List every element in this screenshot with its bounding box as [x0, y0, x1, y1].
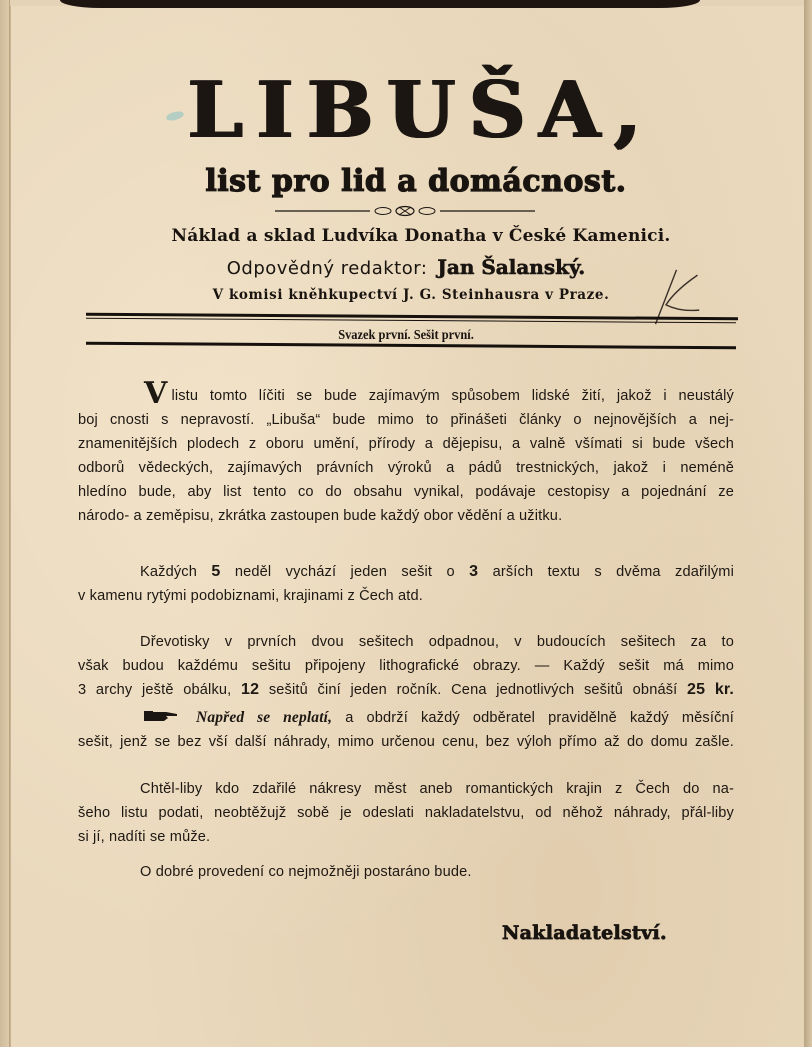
page-right-edge: [804, 0, 812, 1047]
paragraph-intro: Vlistu tomto líčiti se bude zajímavým sp…: [78, 384, 734, 528]
editor-label: Odpovědný redaktor:: [227, 258, 428, 279]
number-weeks: 5: [211, 563, 220, 580]
number-issues-per-year: 12: [241, 681, 259, 698]
text-line: odborů vědeckých, zajímavých právních vý…: [78, 456, 734, 480]
title-text: LIBUŠA,: [187, 65, 654, 156]
text-line: šeho listu podati, neobtěžujž sobě je od…: [78, 801, 734, 825]
text-line: sešit, jenž se bez vší další náhrady, mi…: [78, 730, 734, 754]
text-line: O dobré provedení co nejmožněji postarán…: [78, 860, 734, 884]
text-line: však budou každému sešitu připojeny lith…: [78, 654, 734, 678]
pointing-hand-icon: [144, 710, 178, 722]
volume-issue-line: Svazek první. Sešit první.: [32, 327, 779, 343]
text-line: Dřevotisky v prvních dvou sešitech odpad…: [78, 630, 734, 654]
page-top-shadow: [60, 0, 700, 8]
announcement-body: Vlistu tomto líčiti se bude zajímavým sp…: [78, 384, 734, 540]
publisher-signature: Nakladatelství.: [502, 922, 667, 944]
number-sheets: 3: [469, 563, 478, 580]
text-run: a obdrží každý odběratel pravidělně každ…: [345, 710, 734, 726]
text-run: Každých: [140, 564, 197, 580]
publisher-line: Náklad a sklad Ludvíka Donatha v České K…: [0, 226, 812, 246]
paragraph-payment: Napřed se neplatí, a obdrží každý odběra…: [78, 706, 734, 754]
italic-emphasis: Napřed se neplatí,: [196, 709, 332, 726]
dropcap: V: [144, 376, 167, 411]
text-line: hledíno bude, aby list tento co do obsah…: [78, 480, 734, 504]
text-line: boj cnosti s nepravostí. „Libuša“ bude m…: [78, 408, 734, 432]
text-run: 3 archy ještě obálku,: [78, 682, 231, 698]
text-line: v kamenu rytými podobiznami, krajinami z…: [78, 584, 734, 608]
paragraph-closing: O dobré provedení co nejmožněji postarán…: [78, 860, 734, 884]
text-line: Chtěl-liby kdo zdařilé nákresy měst aneb…: [78, 777, 734, 801]
ornament-divider-icon: [275, 205, 535, 217]
paragraph-frequency: Každých 5 neděl vychází jeden sešit o 3 …: [78, 560, 734, 608]
masthead-title: LIBUŠA,: [0, 72, 812, 150]
text-run: sešitů činí jeden ročník. Cena jednotliv…: [269, 682, 678, 698]
text-line: znamenitějších plodech z oboru umění, př…: [78, 432, 734, 456]
page-binding-edge: [0, 0, 10, 1047]
price-number: 25: [687, 681, 705, 698]
paragraph-illustrations: Dřevotisky v prvních dvou sešitech odpad…: [78, 630, 734, 702]
masthead-subtitle: list pro lid a domácnost.: [0, 164, 812, 199]
editor-name: Jan Šalanský.: [437, 255, 585, 279]
text-run: neděl vychází jeden sešit o: [235, 564, 455, 580]
text-line: listu tomto líčiti se bude zajímavým spů…: [171, 388, 734, 404]
text-line: národo- a zeměpisu, zkrátka zastoupen bu…: [78, 504, 734, 528]
text-run: arších textu s dvěma zdařilými: [493, 564, 734, 580]
price-unit: kr.: [715, 681, 734, 698]
paragraph-drawings: Chtěl-liby kdo zdařilé nákresy měst aneb…: [78, 777, 734, 849]
text-line: si jí, nadíti se může.: [78, 825, 734, 849]
